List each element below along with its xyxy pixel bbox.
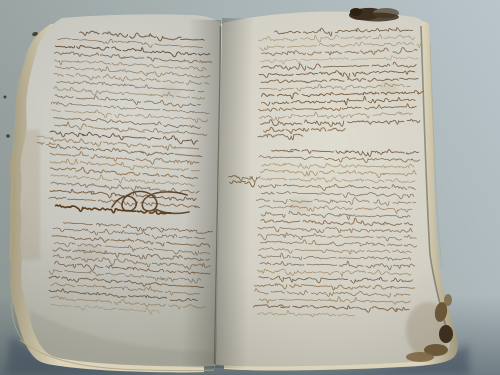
stain-blob [406, 352, 434, 362]
tear-blob [355, 13, 399, 22]
manuscript-scene [0, 0, 500, 375]
foxing-spot [160, 85, 180, 99]
stain-blob [439, 325, 453, 343]
manuscript-photo [0, 0, 500, 375]
top-edge-tear-stain [349, 7, 399, 22]
book [4, 7, 458, 373]
tear-blob [350, 8, 362, 16]
edge-fleck [4, 96, 7, 99]
edge-fleck [6, 134, 10, 138]
gutter-shade-right [215, 18, 254, 369]
